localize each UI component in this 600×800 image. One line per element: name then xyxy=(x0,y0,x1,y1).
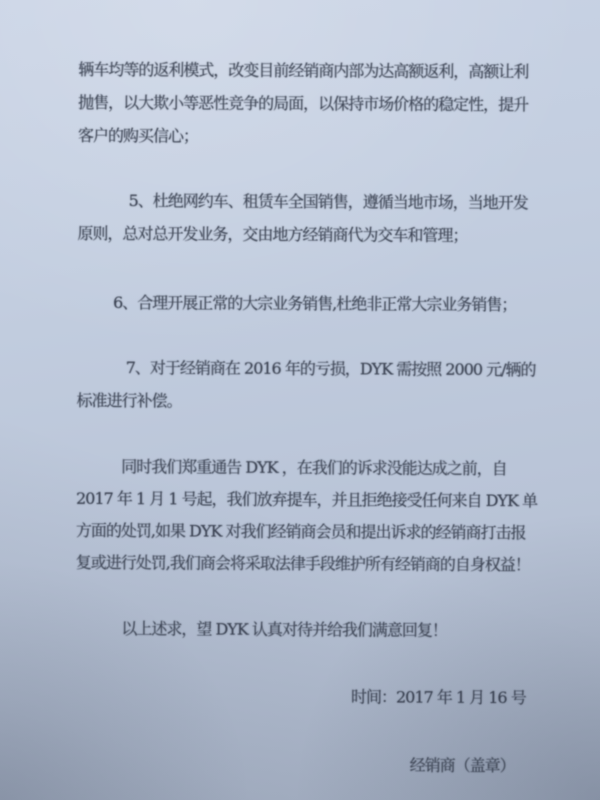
document-line-closing: 以上述求，望 DYK 认真对待并给我们满意回复！ xyxy=(121,616,447,641)
date-line: 时间：2017 年 1 月 16 号 xyxy=(351,684,526,708)
document-line-item-5: 5、杜绝网约车、租赁车全国销售，遵循当地市场，当地开发 xyxy=(129,188,528,213)
document-photo: 辆车均等的返利模式，改变目前经销商内部为达高额返利，高额让利 抛售，以大欺小等恶… xyxy=(0,0,600,800)
document-line: 同时我们郑重通告 DYK ，在我们的诉求没能达成之前，自 xyxy=(121,454,507,479)
document-line: 复或进行处罚,我们商会将采取法律手段维护所有经销商的自身权益！ xyxy=(76,550,530,575)
document-line: 2017 年 1 月 1 号起，我们放弃提车，并且拒绝接受任何来自 DYK 单 xyxy=(76,486,537,511)
document-line-item-7: 7、对于经销商在 2016 年的亏损，DYK 需按照 2000 元/辆的 xyxy=(126,355,536,380)
document-line-item-6: 6、合理开展正常的大宗业务销售,杜绝非正常大宗业务销售； xyxy=(113,290,516,315)
document-line: 客户的购买信心； xyxy=(78,123,198,147)
document-line: 原则，总对总开发业务，交由地方经销商代为交车和管理； xyxy=(77,221,467,246)
signature-line: 经销商（盖章） xyxy=(410,753,515,777)
document-page: 辆车均等的返利模式，改变目前经销商内部为达高额返利，高额让利 抛售，以大欺小等恶… xyxy=(0,0,600,800)
document-line: 标准进行补偿。 xyxy=(77,388,182,412)
document-line: 方面的处罚,如果 DYK 对我们经销商会员和提出诉求的经销商打击报 xyxy=(76,518,526,543)
document-line: 辆车均等的返利模式，改变目前经销商内部为达高额返利，高额让利 xyxy=(78,57,528,82)
document-line: 抛售，以大欺小等恶性竞争的局面，以保持市场价格的稳定性，提升 xyxy=(78,90,528,115)
